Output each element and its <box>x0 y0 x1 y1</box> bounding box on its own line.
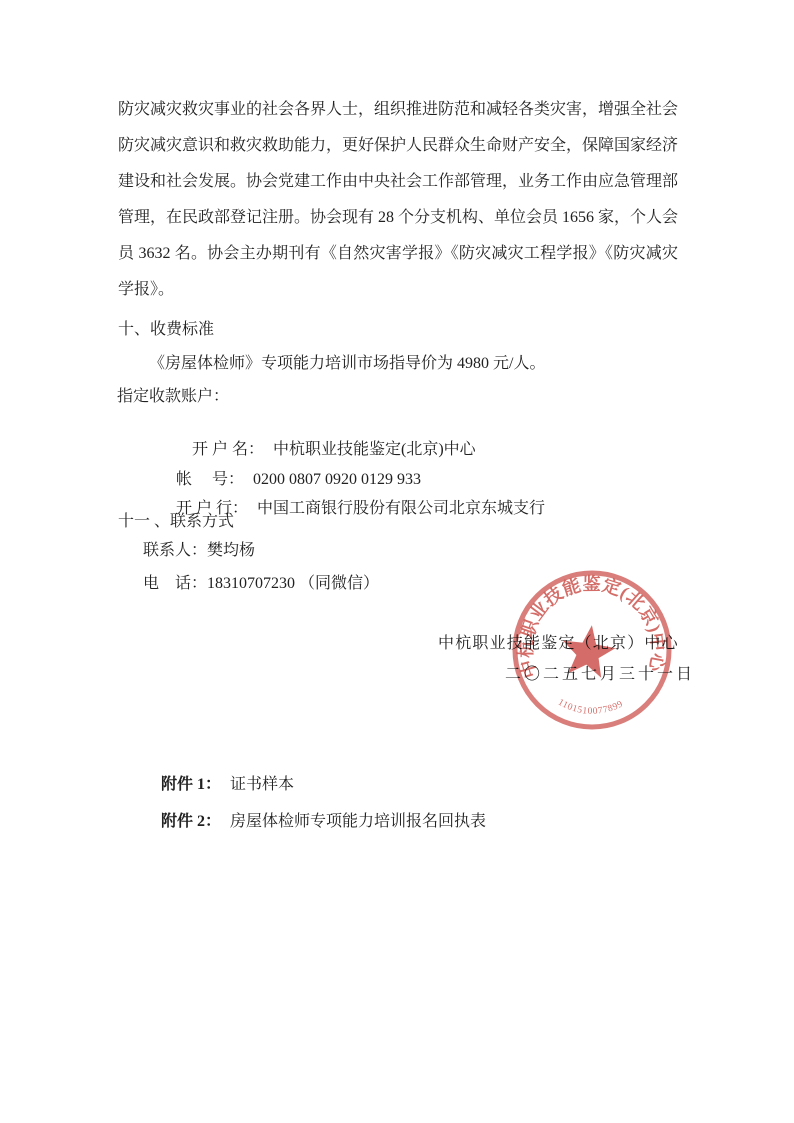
attachment-2-label: 附件 2： <box>161 813 221 830</box>
fee-section-heading: 十、收费标准 <box>118 320 214 340</box>
attachment-1-text: 证书样本 <box>230 776 294 793</box>
contact-person-line: 联系人：樊均杨 <box>143 541 255 561</box>
phone-line: 电 话：18310707230 （同微信） <box>143 574 379 594</box>
attachment-1-label: 附件 1： <box>161 776 221 793</box>
price-line: 《房屋体检师》专项能力培训市场指导价为 4980 元/人。 <box>149 354 545 374</box>
attachment-line-2: 附件 2：房屋体检师专项能力培训报名回执表 <box>145 792 486 852</box>
seal-code: 1101510077899 <box>556 698 625 717</box>
signature-date: 二〇二五七月三十一日 <box>505 665 695 685</box>
document-page: 防灾减灾救灾事业的社会各界人士，组织推进防范和减轻各类灾害，增强全社会防灾减灾意… <box>0 0 794 1123</box>
signature-org: 中杭职业技能鉴定（北京）中心 <box>438 634 679 654</box>
attachment-2-text: 房屋体检师专项能力培训报名回执表 <box>230 813 486 830</box>
account-bank-value: 中国工商银行股份有限公司北京东城支行 <box>257 500 545 517</box>
account-intro-line: 指定收款账户： <box>117 387 229 407</box>
intro-paragraph: 防灾减灾救灾事业的社会各界人士，组织推进防范和减轻各类灾害，增强全社会防灾减灾意… <box>118 92 678 308</box>
svg-text:1101510077899: 1101510077899 <box>556 698 625 717</box>
contact-section-heading: 十一 、联系方式 <box>118 512 234 532</box>
